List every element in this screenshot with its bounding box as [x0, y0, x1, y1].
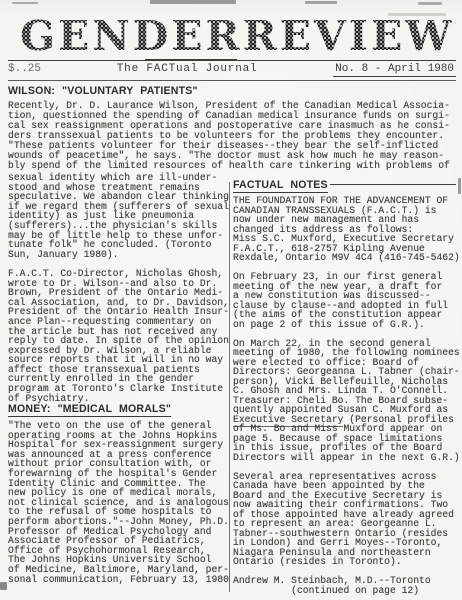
scan-smudge	[305, 1, 337, 4]
scan-smudge	[418, 2, 442, 5]
header-rule-top-dark-segment	[145, 59, 237, 61]
scan-smudge	[12, 2, 38, 4]
scan-smudge	[0, 582, 7, 590]
column-divider-line	[229, 182, 230, 592]
money-headline: MONEY: "MEDICAL MORALS"	[8, 403, 171, 417]
factual-notes-headline: FACTUAL NOTES	[233, 179, 328, 193]
factual-notes-rule-extension	[330, 184, 456, 185]
journal-name-label: The FACTual Journal	[117, 63, 258, 75]
wilson-headline: WILSON: "VOLUNTARY PATIENTS"	[8, 85, 198, 97]
masthead-word-gender: GENDER	[20, 16, 243, 57]
wilson-left-column-text: sexual identity which are ill-under- sto…	[8, 173, 229, 403]
wilson-intro-paragraph: Recently, Dr. D. Laurance Wilson, Presid…	[8, 101, 450, 171]
factual-notes-text: THE FOUNDATION FOR THE ADVANCEMENT OF CA…	[233, 196, 460, 595]
price-label: $..25	[8, 63, 41, 75]
header-rule-bottom	[8, 80, 456, 81]
info-bar: $..25 The FACTual Journal No. 8 - April …	[8, 63, 456, 77]
masthead-word-review: REVIEW	[243, 16, 455, 57]
money-paragraph: "The veto on the use of the general oper…	[8, 421, 229, 584]
scan-smudge	[458, 178, 461, 194]
scan-smudge	[150, 0, 236, 4]
issue-number-label: No. 8 - April 1980	[333, 63, 456, 77]
newsletter-page: GENDER REVIEW $..25 The FACTual Journal …	[0, 0, 462, 600]
masthead: GENDER REVIEW	[20, 16, 438, 57]
executive-secretary-underline	[233, 426, 343, 427]
